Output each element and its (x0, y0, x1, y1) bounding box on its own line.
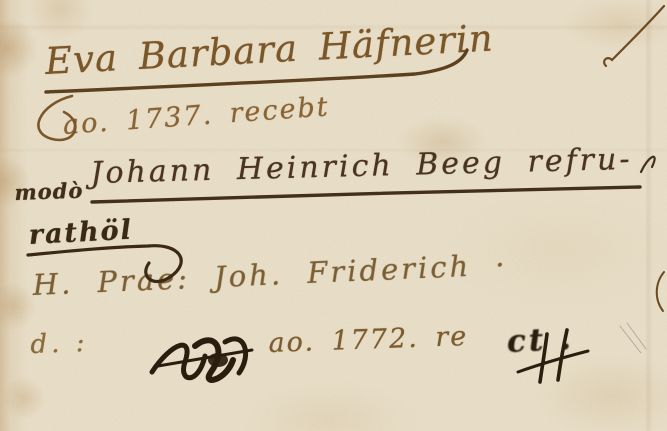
entry-line4-continuation: rathöl (28, 215, 134, 251)
entry-line6-segment-a: d. : (30, 328, 89, 360)
entry-line3-modo-prefix: modò (14, 178, 84, 205)
entry-line6-segment-dark: ct . (506, 321, 575, 360)
manuscript-scan: Eva Barbara Häfnerin ao. 1737. recebt mo… (0, 0, 667, 431)
